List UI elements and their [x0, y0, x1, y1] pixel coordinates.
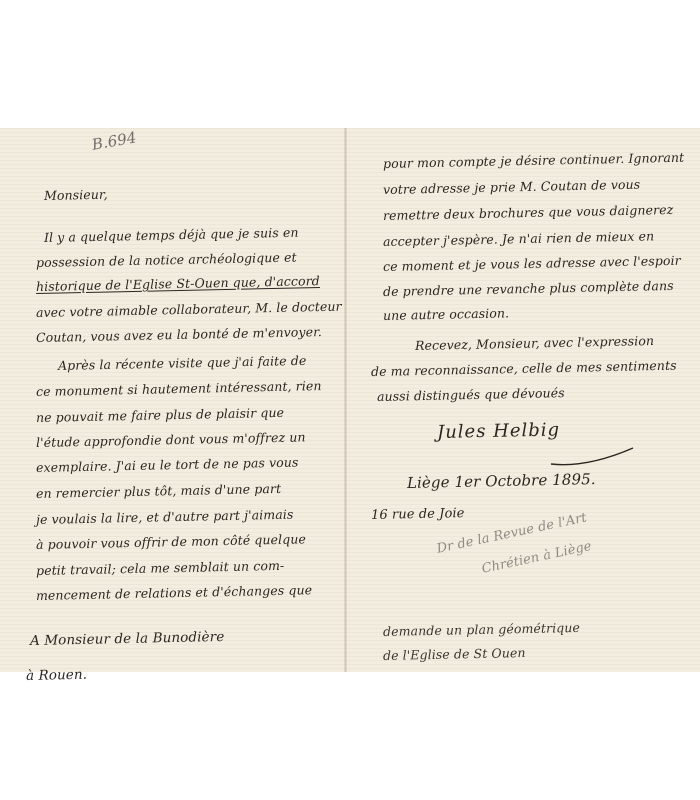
body-line: possession de la notice archéologique et [36, 250, 297, 270]
body-line: une autre occasion. [383, 305, 509, 323]
letter-paper: B.694 Monsieur, Il y a quelque temps déj… [0, 128, 700, 672]
body-line: ne pouvait me faire plus de plaisir que [36, 405, 284, 425]
body-line: pour mon compte je désire continuer. Ign… [383, 150, 685, 171]
sender-address: 16 rue de Joie [371, 506, 465, 523]
closing-line: Recevez, Monsieur, avec l'expression [415, 333, 654, 353]
body-line: je voulais la lire, et d'autre part j'ai… [36, 507, 294, 527]
salutation: Monsieur, [44, 187, 108, 203]
body-line: Coutan, vous avez eu la bonté de m'envoy… [36, 324, 322, 345]
footer-note-line: de l'Eglise de St Ouen [383, 645, 526, 663]
body-line: mencement de relations et d'échanges que [36, 582, 312, 603]
body-line: petit travail; cela me semblait un com- [36, 558, 285, 578]
signature-flourish-icon [547, 444, 637, 468]
pencil-note-line: Chrétien à Liège [480, 539, 592, 577]
body-line: historique de l'Eglise St-Ouen que, d'ac… [36, 273, 320, 294]
body-line: accepter j'espère. Je n'ai rien de mieux… [383, 228, 654, 249]
signature: Jules Helbig [437, 419, 561, 443]
body-line: remettre deux brochures que vous daigner… [383, 202, 674, 223]
body-line: ce monument si hautement intéressant, ri… [36, 378, 322, 399]
right-page: pour mon compte je désire continuer. Ign… [347, 128, 700, 672]
body-line: l'étude approfondie dont vous m'offrez u… [36, 429, 306, 450]
date-line: Liège 1er Octobre 1895. [407, 470, 596, 492]
catalog-mark: B.694 [90, 128, 137, 154]
body-line: votre adresse je prie M. Coutan de vous [383, 177, 641, 197]
left-page: B.694 Monsieur, Il y a quelque temps déj… [0, 128, 344, 672]
footer-note-line: demande un plan géométrique [383, 620, 580, 639]
body-line: exemplaire. J'ai eu le tort de ne pas vo… [36, 455, 299, 475]
body-line: en remercier plus tôt, mais d'une part [36, 481, 281, 501]
body-line: à pouvoir vous offrir de mon côté quelqu… [36, 531, 306, 552]
addressee-name: A Monsieur de la Bunodière [30, 629, 225, 649]
body-line: de prendre une revanche plus complète da… [383, 278, 674, 299]
closing-line: de ma reconnaissance, celle de mes senti… [371, 358, 677, 379]
closing-line: aussi distingués que dévoués [377, 385, 565, 404]
body-line: Il y a quelque temps déjà que je suis en [44, 225, 299, 245]
body-line: Après la récente visite que j'ai faite d… [58, 353, 307, 373]
addressee-city: à Rouen. [26, 667, 87, 684]
body-line: ce moment et je vous les adresse avec l'… [383, 253, 681, 274]
body-line: avec votre aimable collaborateur, M. le … [36, 299, 342, 320]
